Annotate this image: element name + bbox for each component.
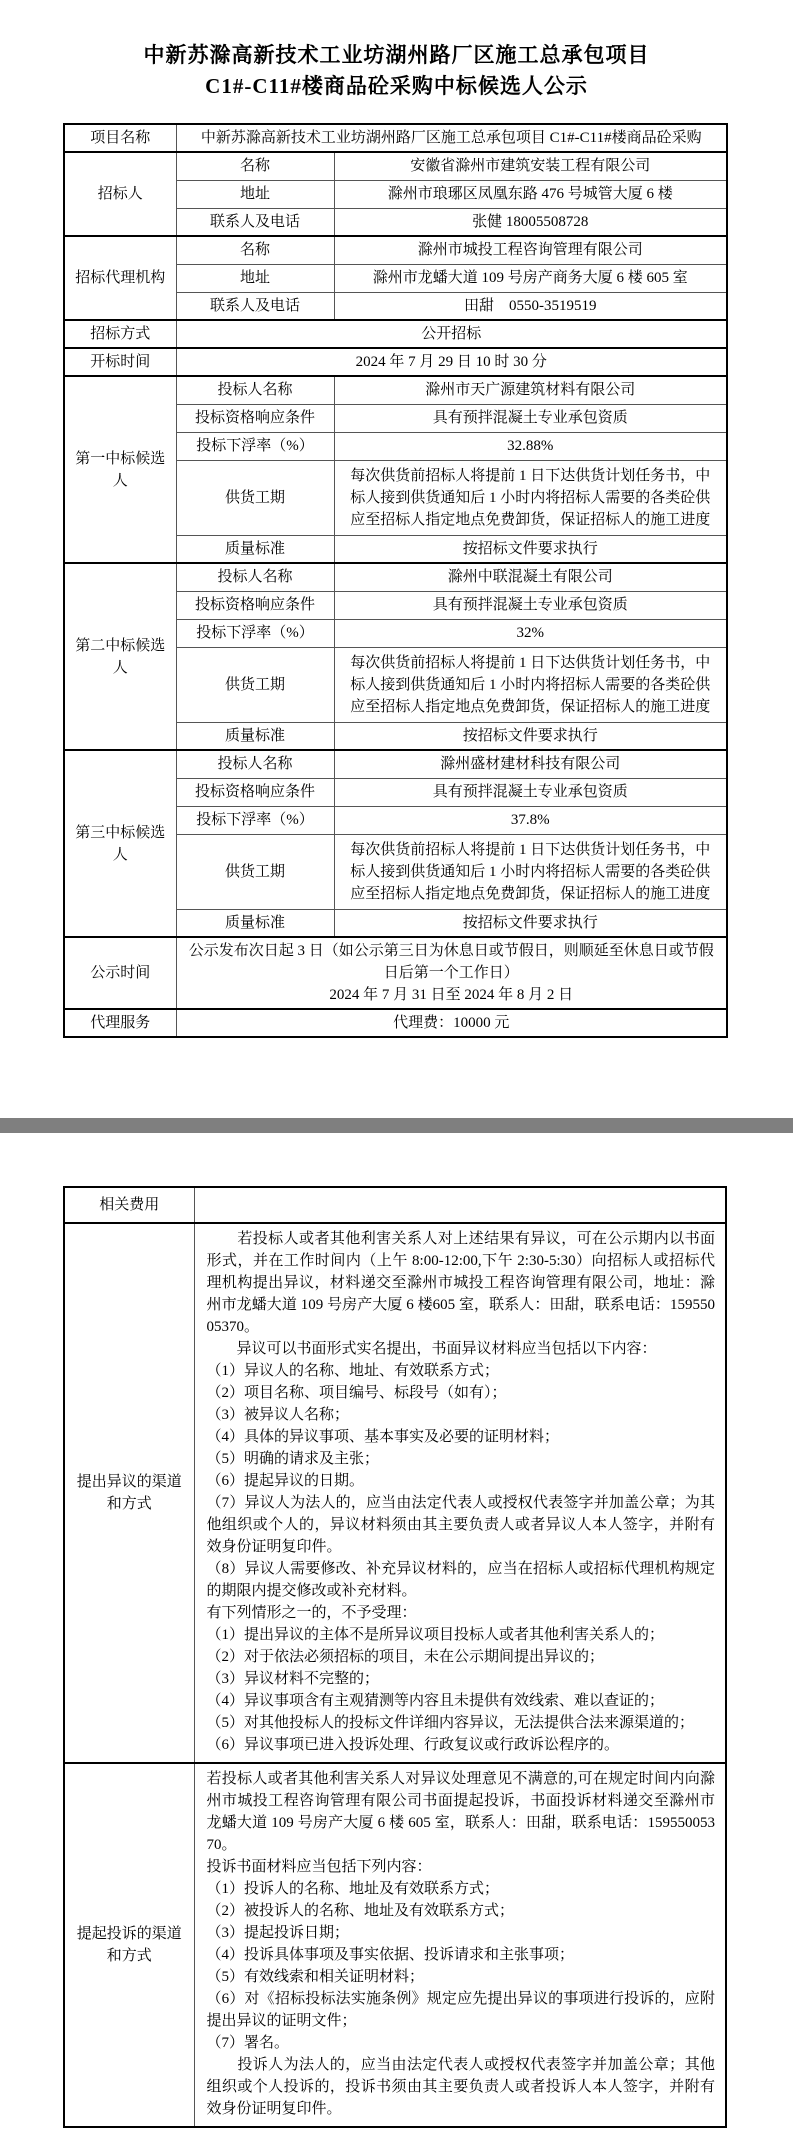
bid-method-row: 招标方式 公开招标: [64, 320, 727, 348]
candidate-2-rate-label: 投标下浮率（%）: [176, 619, 334, 647]
paragraph: （1）投诉人的名称、地址及有效联系方式；: [207, 1878, 716, 1900]
candidate-1-bidder-label: 投标人名称: [176, 376, 334, 404]
agency-name-row: 招标代理机构 名称 滁州市城投工程咨询管理有限公司: [64, 236, 727, 264]
candidate-3-quality-value: 按招标文件要求执行: [334, 909, 727, 937]
agency-service-label: 代理服务: [64, 1009, 176, 1037]
paragraph: （2）被投诉人的名称、地址及有效联系方式；: [207, 1900, 716, 1922]
document-page: 中新苏滁高新技术工业坊湖州路厂区施工总承包项目 C1#-C11#楼商品砼采购中标…: [0, 0, 793, 2150]
candidate-3-qualification-label: 投标资格响应条件: [176, 778, 334, 806]
agency-contact-label: 联系人及电话: [176, 292, 334, 320]
objection-content: 若投标人或者其他利害关系人对上述结果有异议，可在公示期内以书面形式，并在工作时间…: [194, 1223, 726, 1763]
tenderer-contact-label: 联系人及电话: [176, 208, 334, 236]
paragraph: （1）异议人的名称、地址、有效联系方式；: [207, 1360, 716, 1382]
paragraph: （1）提出异议的主体不是所异议项目投标人或者其他利害关系人的；: [207, 1624, 716, 1646]
publicity-time-line2: 2024 年 7 月 31 日至 2024 年 8 月 2 日: [183, 984, 721, 1006]
paragraph: 若投标人或者其他利害关系人对异议处理意见不满意的,可在规定时间内向滁州市城投工程…: [207, 1768, 716, 1856]
paragraph: （6）对《招标投标法实施条例》规定应先提出异议的事项进行投诉的，应附提出异议的证…: [207, 1988, 716, 2032]
candidate-3-bidder-label: 投标人名称: [176, 750, 334, 778]
candidate-2-qualification-label: 投标资格响应条件: [176, 591, 334, 619]
objection-row: 提出异议的渠道和方式 若投标人或者其他利害关系人对上述结果有异议，可在公示期内以…: [64, 1223, 726, 1763]
tenderer-address-label: 地址: [176, 180, 334, 208]
paragraph: （8）异议人需要修改、补充异议材料的，应当在招标人或招标代理机构规定的期限内提交…: [207, 1558, 716, 1602]
candidate-3-delivery-value: 每次供货前招标人将提前 1 日下达供货计划任务书，中标人接到供货通知后 1 小时…: [334, 834, 727, 909]
publicity-time-label: 公示时间: [64, 937, 176, 1009]
candidate-2-label: 第二中标候选人: [64, 563, 176, 750]
paragraph: （2）项目名称、项目编号、标段号（如有）；: [207, 1382, 716, 1404]
agency-address-value: 滁州市龙蟠大道 109 号房产商务大厦 6 楼 605 室: [334, 264, 727, 292]
candidate-1-delivery-label: 供货工期: [176, 460, 334, 535]
document-title-line1: 中新苏滁高新技术工业坊湖州路厂区施工总承包项目: [0, 40, 793, 71]
candidate-1-quality-value: 按招标文件要求执行: [334, 535, 727, 563]
bid-method-value: 公开招标: [176, 320, 727, 348]
agency-name-value: 滁州市城投工程咨询管理有限公司: [334, 236, 727, 264]
candidate-2-rate-value: 32%: [334, 619, 727, 647]
candidate-3-bidder-value: 滁州盛材建材科技有限公司: [334, 750, 727, 778]
paragraph: 投诉书面材料应当包括下列内容：: [207, 1856, 716, 1878]
tenderer-address-value: 滁州市琅琊区凤凰东路 476 号城管大厦 6 楼: [334, 180, 727, 208]
paragraph: （2）对于依法必须招标的项目，未在公示期间提出异议的；: [207, 1646, 716, 1668]
agency-name-label: 名称: [176, 236, 334, 264]
candidate-1-bidder-value: 滁州市天广源建筑材料有限公司: [334, 376, 727, 404]
candidate-2-bidder-label: 投标人名称: [176, 563, 334, 591]
project-name-label: 项目名称: [64, 124, 176, 152]
tenderer-name-row: 招标人 名称 安徽省滁州市建筑安装工程有限公司: [64, 152, 727, 180]
complaint-label: 提起投诉的渠道和方式: [64, 1763, 194, 2127]
paragraph: （7）署名。: [207, 2032, 716, 2054]
publicity-time-line1: 公示发布次日起 3 日（如公示第三日为休息日或节假日，则顺延至休息日或节假日后第…: [183, 940, 721, 984]
page-break-separator: [0, 1118, 793, 1133]
related-fee-row: 相关费用: [64, 1187, 726, 1223]
paragraph: （6）提起异议的日期。: [207, 1470, 716, 1492]
document-title-line2: C1#-C11#楼商品砼采购中标候选人公示: [0, 71, 793, 102]
paragraph: （3）提起投诉日期；: [207, 1922, 716, 1944]
candidate-3-rate-label: 投标下浮率（%）: [176, 806, 334, 834]
candidate-1-qualification-value: 具有预拌混凝土专业承包资质: [334, 404, 727, 432]
candidate-1-qualification-label: 投标资格响应条件: [176, 404, 334, 432]
candidate-3-rate-value: 37.8%: [334, 806, 727, 834]
complaint-row: 提起投诉的渠道和方式 若投标人或者其他利害关系人对异议处理意见不满意的,可在规定…: [64, 1763, 726, 2127]
agency-service-value: 代理费：10000 元: [176, 1009, 727, 1037]
agency-contact-value: 田甜 0550-3519519: [334, 292, 727, 320]
candidate-2-quality-value: 按招标文件要求执行: [334, 722, 727, 750]
candidate-3-delivery-label: 供货工期: [176, 834, 334, 909]
paragraph: （4）异议事项含有主观猜测等内容且未提供有效线索、难以查证的；: [207, 1690, 716, 1712]
candidate-1-delivery-value: 每次供货前招标人将提前 1 日下达供货计划任务书，中标人接到供货通知后 1 小时…: [334, 460, 727, 535]
paragraph: 若投标人或者其他利害关系人对上述结果有异议，可在公示期内以书面形式，并在工作时间…: [207, 1228, 716, 1338]
open-time-label: 开标时间: [64, 348, 176, 376]
document-title: 中新苏滁高新技术工业坊湖州路厂区施工总承包项目 C1#-C11#楼商品砼采购中标…: [0, 0, 793, 102]
candidate-2-bidder-value: 滁州中联混凝土有限公司: [334, 563, 727, 591]
paragraph: （5）对其他投标人的投标文件详细内容异议，无法提供合法来源渠道的；: [207, 1712, 716, 1734]
paragraph: （7）异议人为法人的，应当由法定代表人或授权代表签字并加盖公章；为其他组织或个人…: [207, 1492, 716, 1558]
bid-result-table: 项目名称 中新苏滁高新技术工业坊湖州路厂区施工总承包项目 C1#-C11#楼商品…: [63, 123, 728, 1038]
paragraph: （3）异议材料不完整的；: [207, 1668, 716, 1690]
project-name-row: 项目名称 中新苏滁高新技术工业坊湖州路厂区施工总承包项目 C1#-C11#楼商品…: [64, 124, 727, 152]
publicity-time-row: 公示时间 公示发布次日起 3 日（如公示第三日为休息日或节假日，则顺延至休息日或…: [64, 937, 727, 1009]
candidate-2-bidder-row: 第二中标候选人 投标人名称 滁州中联混凝土有限公司: [64, 563, 727, 591]
open-time-value: 2024 年 7 月 29 日 10 时 30 分: [176, 348, 727, 376]
candidate-2-delivery-label: 供货工期: [176, 647, 334, 722]
candidate-2-qualification-value: 具有预拌混凝土专业承包资质: [334, 591, 727, 619]
candidate-1-bidder-row: 第一中标候选人 投标人名称 滁州市天广源建筑材料有限公司: [64, 376, 727, 404]
paragraph: （4）具体的异议事项、基本事实及必要的证明材料；: [207, 1426, 716, 1448]
candidate-3-quality-label: 质量标准: [176, 909, 334, 937]
agency-address-label: 地址: [176, 264, 334, 292]
bid-method-label: 招标方式: [64, 320, 176, 348]
paragraph: 投诉人为法人的，应当由法定代表人或授权代表签字并加盖公章；其他组织或个人投诉的，…: [207, 2054, 716, 2120]
candidate-2-quality-label: 质量标准: [176, 722, 334, 750]
complaint-content: 若投标人或者其他利害关系人对异议处理意见不满意的,可在规定时间内向滁州市城投工程…: [194, 1763, 726, 2127]
paragraph: （5）有效线索和相关证明材料；: [207, 1966, 716, 1988]
candidate-1-rate-value: 32.88%: [334, 432, 727, 460]
open-time-row: 开标时间 2024 年 7 月 29 日 10 时 30 分: [64, 348, 727, 376]
publicity-time-value: 公示发布次日起 3 日（如公示第三日为休息日或节假日，则顺延至休息日或节假日后第…: [176, 937, 727, 1009]
tenderer-name-label: 名称: [176, 152, 334, 180]
candidate-1-label: 第一中标候选人: [64, 376, 176, 563]
related-fee-label: 相关费用: [64, 1187, 194, 1223]
candidate-3-bidder-row: 第三中标候选人 投标人名称 滁州盛材建材科技有限公司: [64, 750, 727, 778]
agency-service-row: 代理服务 代理费：10000 元: [64, 1009, 727, 1037]
paragraph: （3）被异议人名称；: [207, 1404, 716, 1426]
tenderer-contact-value: 张健 18005508728: [334, 208, 727, 236]
tenderer-name-value: 安徽省滁州市建筑安装工程有限公司: [334, 152, 727, 180]
paragraph: （5）明确的请求及主张；: [207, 1448, 716, 1470]
paragraph: 有下列情形之一的，不予受理：: [207, 1602, 716, 1624]
paragraph: （4）投诉具体事项及事实依据、投诉请求和主张事项；: [207, 1944, 716, 1966]
candidate-1-quality-label: 质量标准: [176, 535, 334, 563]
paragraph: 异议可以书面形式实名提出，书面异议材料应当包括以下内容：: [207, 1338, 716, 1360]
related-fee-value: [194, 1187, 726, 1223]
candidate-1-rate-label: 投标下浮率（%）: [176, 432, 334, 460]
candidate-3-qualification-value: 具有预拌混凝土专业承包资质: [334, 778, 727, 806]
project-name-value: 中新苏滁高新技术工业坊湖州路厂区施工总承包项目 C1#-C11#楼商品砼采购: [176, 124, 727, 152]
paragraph: （6）异议事项已进入投诉处理、行政复议或行政诉讼程序的。: [207, 1734, 716, 1756]
candidate-2-delivery-value: 每次供货前招标人将提前 1 日下达供货计划任务书，中标人接到供货通知后 1 小时…: [334, 647, 727, 722]
objection-label: 提出异议的渠道和方式: [64, 1223, 194, 1763]
objection-complaint-table: 相关费用 提出异议的渠道和方式 若投标人或者其他利害关系人对上述结果有异议，可在…: [63, 1186, 727, 2128]
candidate-3-label: 第三中标候选人: [64, 750, 176, 937]
agency-label: 招标代理机构: [64, 236, 176, 320]
tenderer-label: 招标人: [64, 152, 176, 236]
